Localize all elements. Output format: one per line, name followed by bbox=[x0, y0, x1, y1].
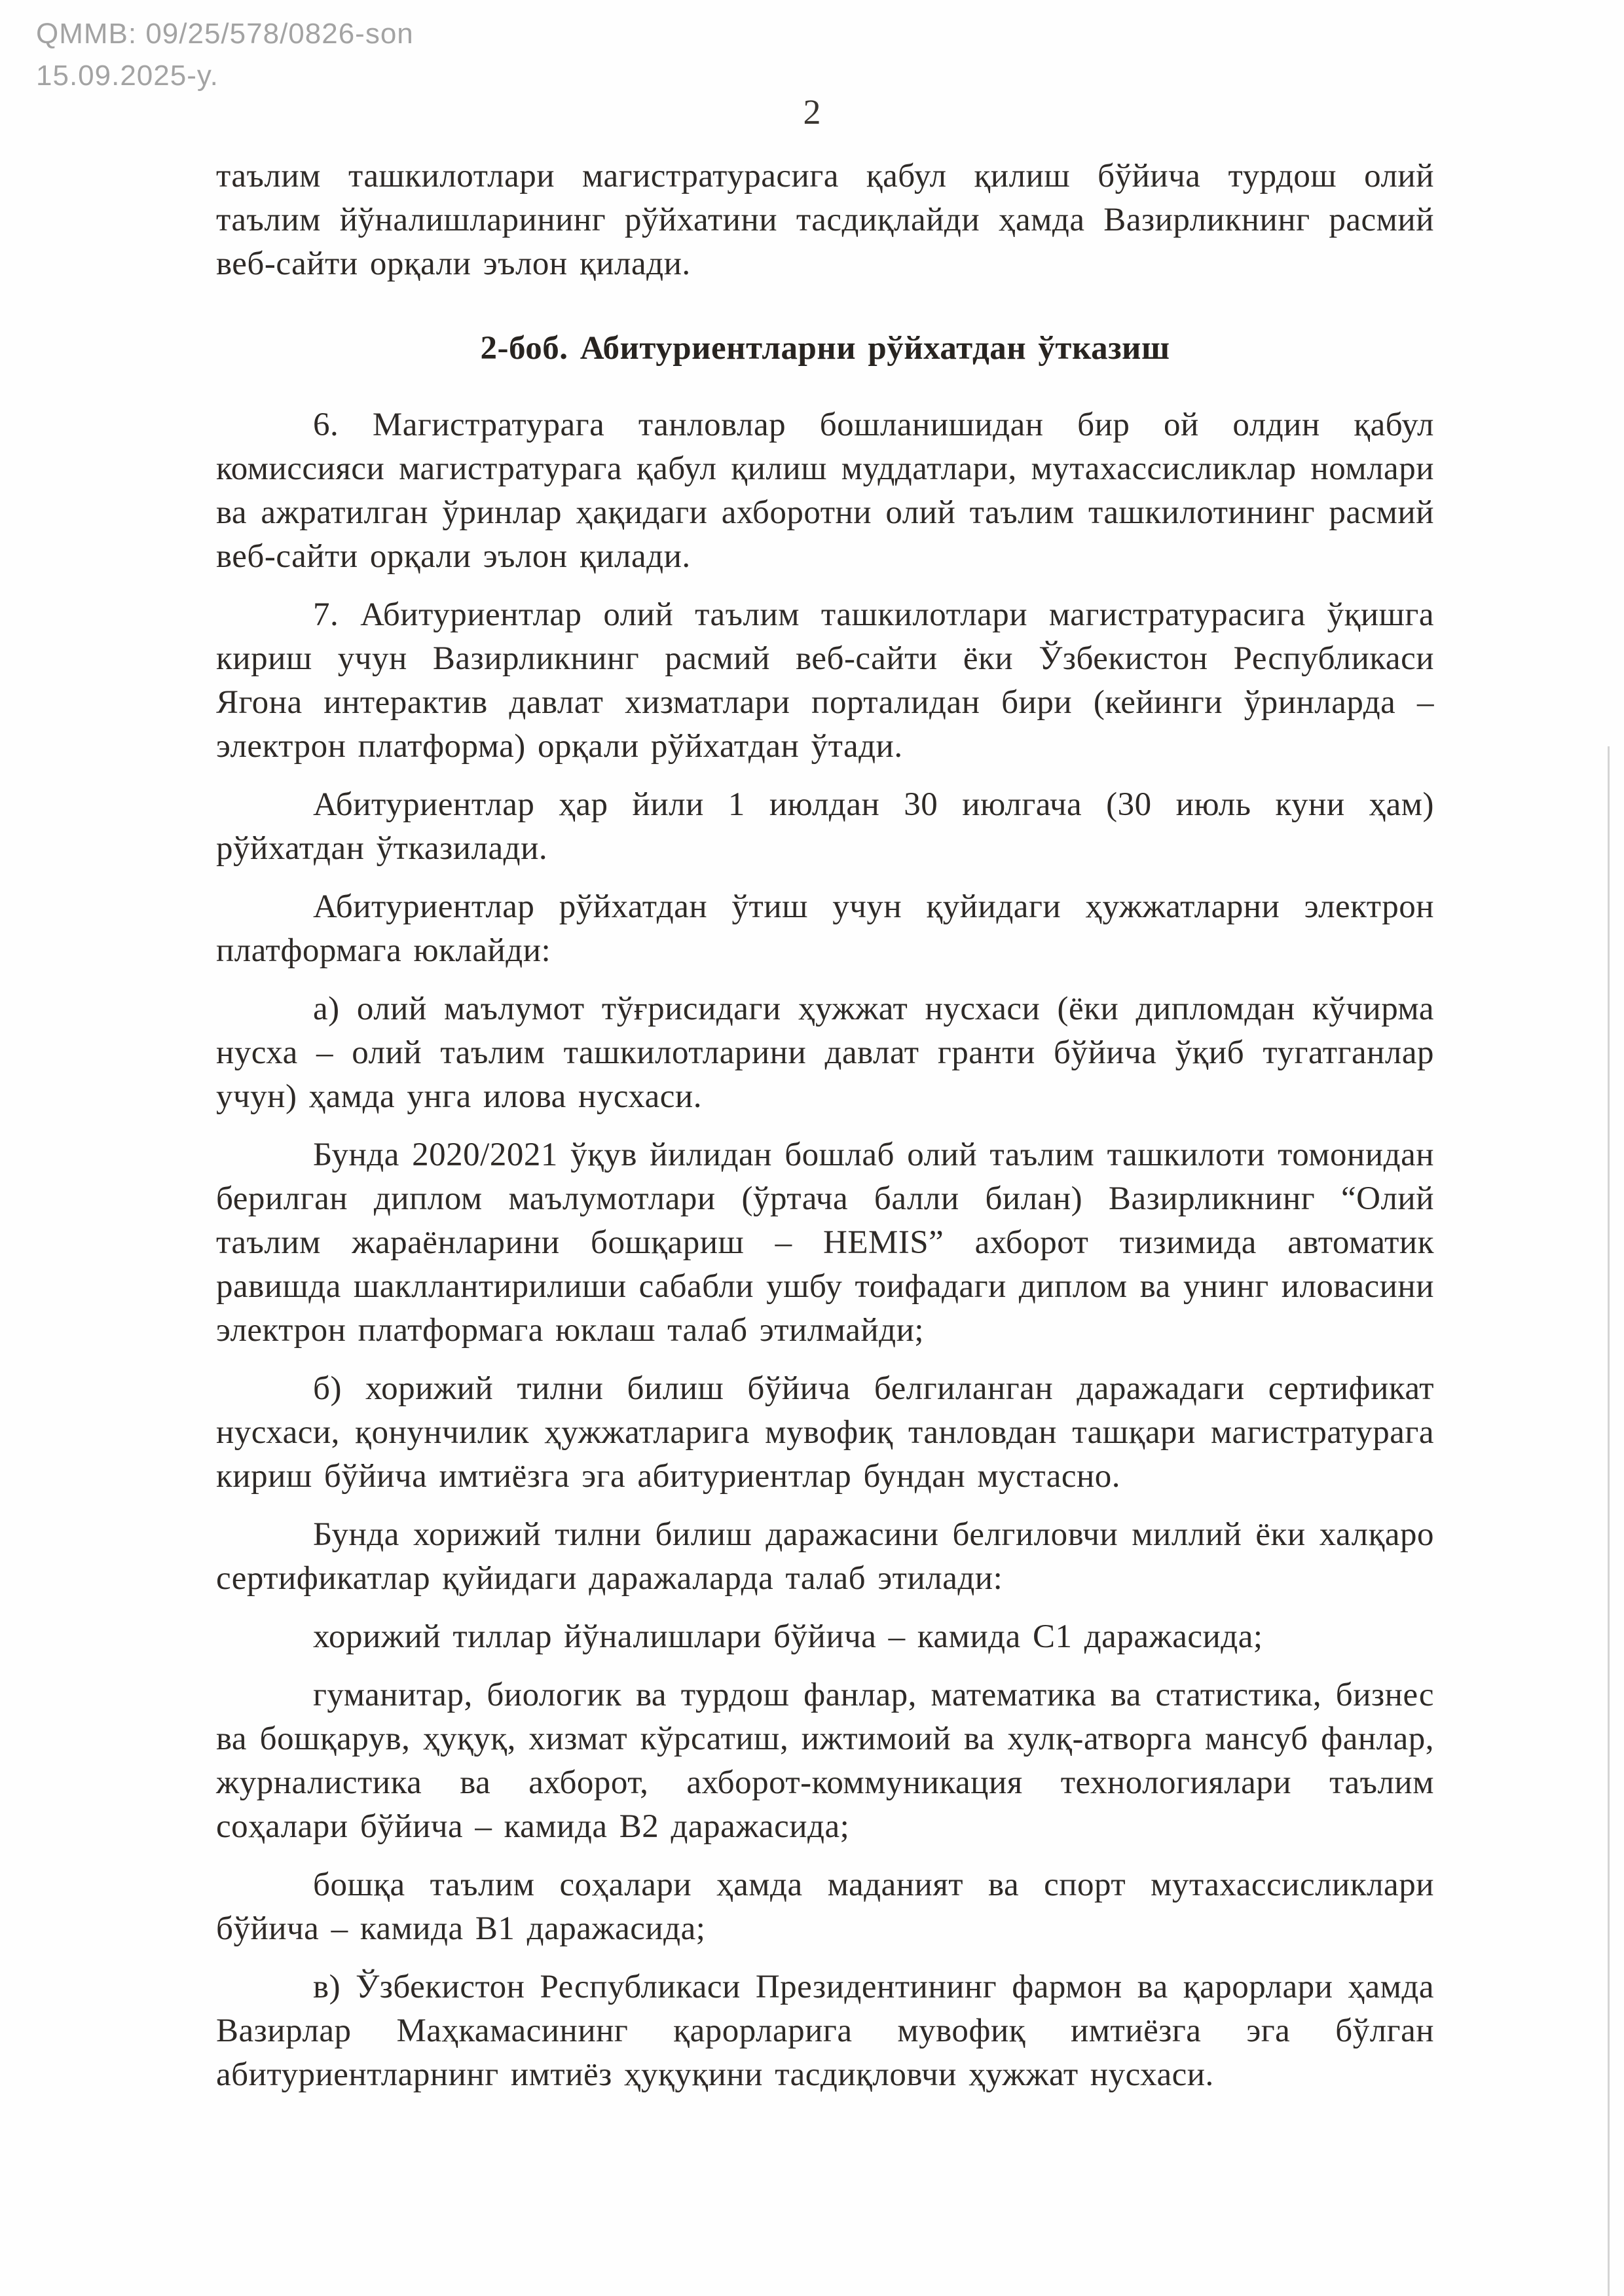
item-level-c1: хорижий тиллар йўналишлари бўйича – ками… bbox=[216, 1615, 1434, 1659]
item-a-diploma-copy: а) олий маълумот тўғрисидаги ҳужжат нусх… bbox=[216, 987, 1434, 1119]
document-body: таълим ташкилотлари магистратурасига қаб… bbox=[216, 155, 1434, 2097]
paragraph-hemis-note: Бунда 2020/2021 ўқув йилидан бошлаб олий… bbox=[216, 1133, 1434, 1353]
paragraph-7: 7. Абитуриентлар олий таълим ташкилотлар… bbox=[216, 593, 1434, 769]
item-level-b2: гуманитар, биологик ва турдош фанлар, ма… bbox=[216, 1673, 1434, 1849]
scan-doc-date: 15.09.2025-y. bbox=[36, 55, 414, 97]
item-b-language-certificate: б) хорижий тилни билиш бўйича белгиланга… bbox=[216, 1367, 1434, 1499]
paragraph-certificate-levels-intro: Бунда хорижий тилни билиш даражасини бел… bbox=[216, 1513, 1434, 1601]
item-v-privilege-document: в) Ўзбекистон Республикаси Президентинин… bbox=[216, 1965, 1434, 2097]
chapter-heading: 2-боб. Абитуриентларни рўйхатдан ўтказиш bbox=[216, 327, 1434, 371]
item-level-b1: бошқа таълим соҳалари ҳамда маданият ва … bbox=[216, 1863, 1434, 1951]
paragraph-documents-intro: Абитуриентлар рўйхатдан ўтиш учун қуйида… bbox=[216, 885, 1434, 973]
paragraph-continuation: таълим ташкилотлари магистратурасига қаб… bbox=[216, 155, 1434, 286]
scan-artifact-line bbox=[1608, 746, 1610, 2296]
page-number: 2 bbox=[0, 92, 1624, 132]
paragraph-6: 6. Магистратурага танловлар бошланишидан… bbox=[216, 403, 1434, 579]
document-page: QMMB: 09/25/578/0826-son 15.09.2025-y. 2… bbox=[0, 0, 1624, 2296]
paragraph-registration-period: Абитуриентлар ҳар йили 1 июлдан 30 июлга… bbox=[216, 783, 1434, 871]
scan-doc-number: QMMB: 09/25/578/0826-son bbox=[36, 13, 414, 55]
scan-header: QMMB: 09/25/578/0826-son 15.09.2025-y. bbox=[36, 13, 414, 97]
